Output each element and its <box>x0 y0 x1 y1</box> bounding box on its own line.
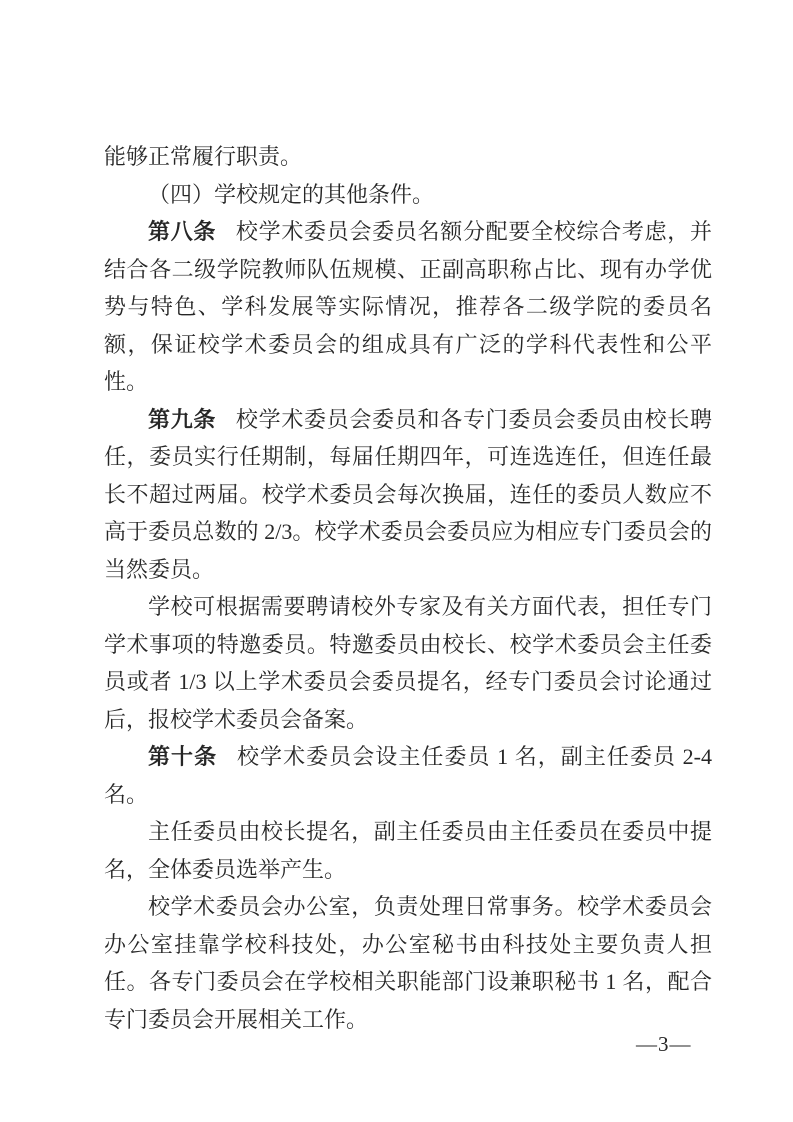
paragraph: 校学术委员会办公室，负责处理日常事务。校学术委员会办公室挂靠学校科技处，办公室秘… <box>104 888 712 1038</box>
page-number: —3— <box>636 1032 692 1056</box>
paragraph-text: 学校可根据需要聘请校外专家及有关方面代表，担任专门学术事项的特邀委员。特邀委员由… <box>104 594 712 732</box>
paragraph-text: 主任委员由校长提名，副主任委员由主任委员在委员中提名，全体委员选举产生。 <box>104 819 712 882</box>
paragraph: 能够正常履行职责。 <box>104 138 712 176</box>
article-number: 第八条 <box>148 219 216 244</box>
paragraph-text: 能够正常履行职责。 <box>104 144 302 169</box>
paragraph-text: 校学术委员会委员名额分配要全校综合考虑，并结合各二级学院教师队伍规模、正副高职称… <box>104 219 712 394</box>
paragraph: 第十条校学术委员会设主任委员 1 名，副主任委员 2-4 名。 <box>104 738 712 813</box>
document-page: 能够正常履行职责。 （四）学校规定的其他条件。 第八条校学术委员会委员名额分配要… <box>0 0 793 1122</box>
paragraph: 第九条校学术委员会委员和各专门委员会委员由校长聘任，委员实行任期制，每届任期四年… <box>104 401 712 589</box>
article-number: 第十条 <box>148 744 217 769</box>
paragraph: 学校可根据需要聘请校外专家及有关方面代表，担任专门学术事项的特邀委员。特邀委员由… <box>104 588 712 738</box>
paragraph-text: （四）学校规定的其他条件。 <box>148 182 434 207</box>
document-body: 能够正常履行职责。 （四）学校规定的其他条件。 第八条校学术委员会委员名额分配要… <box>104 138 712 1038</box>
article-number: 第九条 <box>148 407 216 432</box>
paragraph: 主任委员由校长提名，副主任委员由主任委员在委员中提名，全体委员选举产生。 <box>104 813 712 888</box>
paragraph: （四）学校规定的其他条件。 <box>104 176 712 214</box>
paragraph: 第八条校学术委员会委员名额分配要全校综合考虑，并结合各二级学院教师队伍规模、正副… <box>104 213 712 401</box>
paragraph-text: 校学术委员会办公室，负责处理日常事务。校学术委员会办公室挂靠学校科技处，办公室秘… <box>104 894 712 1032</box>
paragraph-text: 校学术委员会委员和各专门委员会委员由校长聘任，委员实行任期制，每届任期四年，可连… <box>104 407 712 582</box>
